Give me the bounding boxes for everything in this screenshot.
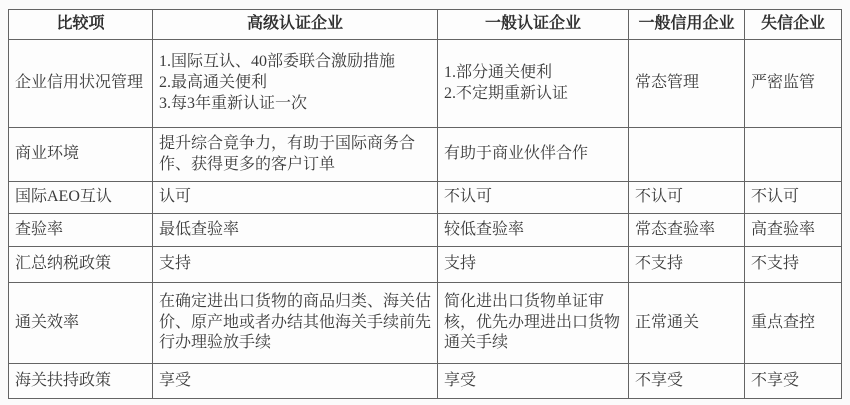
table-cell: 享受 (153, 364, 438, 399)
table-cell: 不认可 (629, 182, 745, 214)
table-cell: 常态查验率 (629, 214, 745, 247)
table-cell: 支持 (438, 247, 629, 283)
column-header-general-credit: 一般信用企业 (629, 10, 745, 40)
column-header-general-certified: 一般认证企业 (438, 10, 629, 40)
table-cell: 享受 (438, 364, 629, 399)
table-cell: 重点查控 (745, 283, 842, 364)
column-header-discredited: 失信企业 (745, 10, 842, 40)
table-cell (629, 128, 745, 182)
table-row: 海关扶持政策 享受 享受 不享受 不享受 (9, 364, 842, 399)
table-cell: 在确定进出口货物的商品归类、海关估价、原产地或者办结其他海关手续前先行办理验放手… (153, 283, 438, 364)
table-cell: 简化进出口货物单证审核，优先办理进出口货物通关手续 (438, 283, 629, 364)
table-cell: 常态管理 (629, 40, 745, 128)
table-cell: 高查验率 (745, 214, 842, 247)
table-cell (745, 128, 842, 182)
row-label: 查验率 (9, 214, 153, 247)
table-container: 比较项 高级认证企业 一般认证企业 一般信用企业 失信企业 企业信用状况管理 1… (8, 9, 842, 399)
table-cell: 1.部分通关便利 2.不定期重新认证 (438, 40, 629, 128)
header-row: 比较项 高级认证企业 一般认证企业 一般信用企业 失信企业 (9, 10, 842, 40)
table-cell: 最低查验率 (153, 214, 438, 247)
row-label: 国际AEO互认 (9, 182, 153, 214)
table-row: 通关效率 在确定进出口货物的商品归类、海关估价、原产地或者办结其他海关手续前先行… (9, 283, 842, 364)
table-cell: 认可 (153, 182, 438, 214)
table-row: 商业环境 提升综合竟争力，有助于国际商务合作、获得更多的客户订单 有助于商业伙伴… (9, 128, 842, 182)
table-row: 汇总纳税政策 支持 支持 不支持 不支持 (9, 247, 842, 283)
row-label: 汇总纳税政策 (9, 247, 153, 283)
row-label: 通关效率 (9, 283, 153, 364)
table-cell: 不享受 (745, 364, 842, 399)
table-cell: 不享受 (629, 364, 745, 399)
table-cell: 不认可 (745, 182, 842, 214)
row-label: 商业环境 (9, 128, 153, 182)
table-row: 国际AEO互认 认可 不认可 不认可 不认可 (9, 182, 842, 214)
table-cell: 1.国际互认、40部委联合激励措施 2.最高通关便利 3.每3年重新认证一次 (153, 40, 438, 128)
column-header-advanced-certified: 高级认证企业 (153, 10, 438, 40)
table-cell: 不认可 (438, 182, 629, 214)
table-cell: 支持 (153, 247, 438, 283)
row-label: 企业信用状况管理 (9, 40, 153, 128)
table-cell: 较低查验率 (438, 214, 629, 247)
row-label: 海关扶持政策 (9, 364, 153, 399)
table-cell: 提升综合竟争力，有助于国际商务合作、获得更多的客户订单 (153, 128, 438, 182)
table-cell: 不支持 (629, 247, 745, 283)
table-row: 查验率 最低查验率 较低查验率 常态查验率 高查验率 (9, 214, 842, 247)
table-cell: 有助于商业伙伴合作 (438, 128, 629, 182)
table-cell: 严密监管 (745, 40, 842, 128)
table-cell: 不支持 (745, 247, 842, 283)
column-header-comparison-item: 比较项 (9, 10, 153, 40)
table-row: 企业信用状况管理 1.国际互认、40部委联合激励措施 2.最高通关便利 3.每3… (9, 40, 842, 128)
table-cell: 正常通关 (629, 283, 745, 364)
comparison-table: 比较项 高级认证企业 一般认证企业 一般信用企业 失信企业 企业信用状况管理 1… (8, 9, 842, 399)
